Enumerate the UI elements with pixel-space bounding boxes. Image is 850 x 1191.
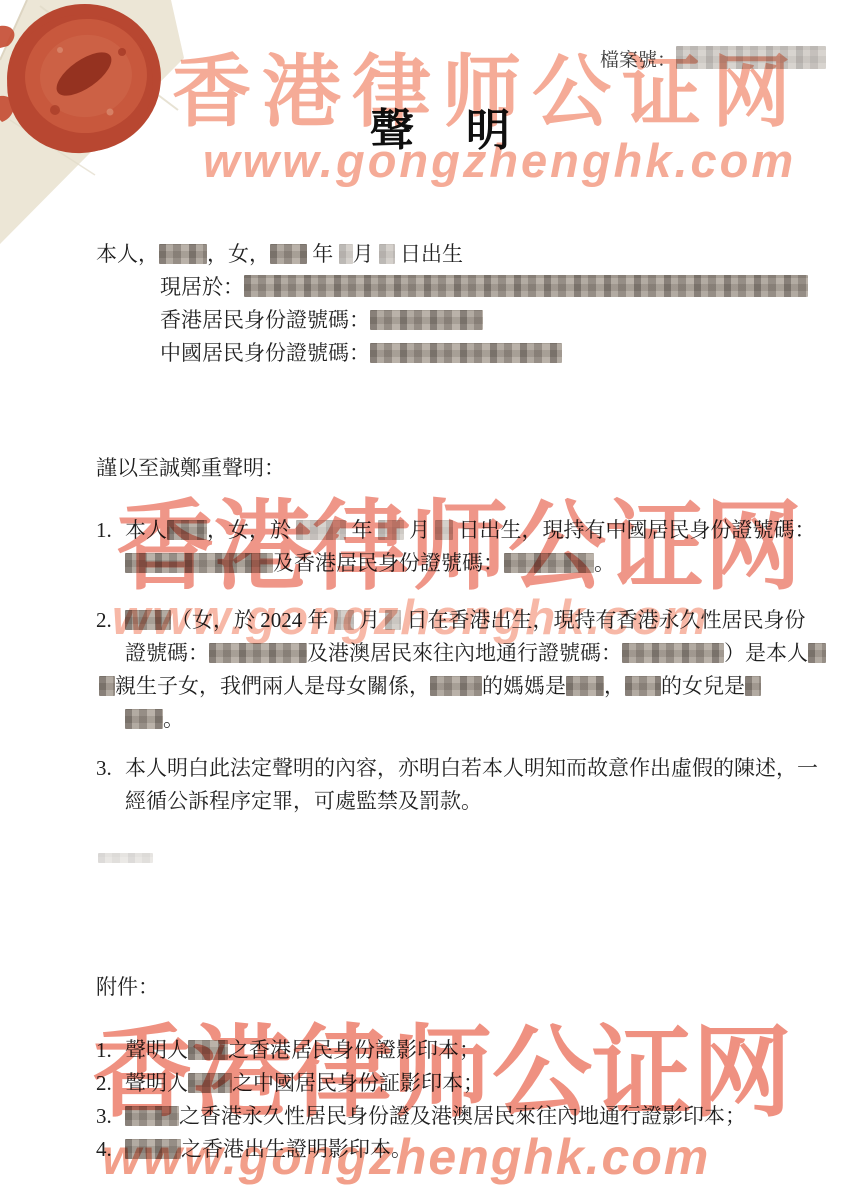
intro-paragraph: 本人，，女， 年 月 日出生 現居於： 香港居民身份證號碼： 中國居民身份證號碼…: [96, 238, 808, 370]
item-text: ）是本人: [724, 641, 808, 665]
redacted-name: [125, 709, 163, 729]
intro-text: 本人，: [96, 242, 159, 266]
attachments-label: 附件：: [96, 971, 159, 1004]
redacted-name: [625, 676, 661, 696]
redacted-char: [745, 676, 761, 696]
watermark-brand-top: 香港律师公证网: [172, 28, 802, 142]
item2-line-4: 。: [96, 703, 826, 736]
oath-line: 謹以至誠鄭重聲明：: [96, 452, 285, 485]
intro-text: 年: [307, 242, 339, 266]
intro-text: 月: [353, 242, 379, 266]
redacted-name: [159, 244, 207, 264]
watermark-brand-middle: 香港律师公证网: [116, 497, 802, 595]
intro-line-2: 現居於：: [96, 271, 808, 304]
item2-line-3: 親生子女，我們兩人是母女關係，的媽媽是，的女兒是: [96, 670, 826, 703]
item3-line-1: 3.本人明白此法定聲明的內容，亦明白若本人明知而故意作出虛假的陳述，一: [96, 752, 818, 785]
item-text: 。: [163, 707, 184, 731]
redacted-cn-id: [370, 343, 562, 363]
redacted-day: [379, 244, 395, 264]
watermark-url-bottom: www.gongzhenghk.com: [102, 1128, 710, 1186]
redacted-hk-permanent-id: [209, 643, 307, 663]
redacted-year: [270, 244, 307, 264]
watermark-url-top: www.gongzhenghk.com: [203, 133, 796, 188]
item-text: 的女兒是: [661, 674, 745, 698]
declaration-item-3: 3.本人明白此法定聲明的內容，亦明白若本人明知而故意作出虛假的陳述，一 經循公訴…: [96, 752, 818, 818]
redacted-name: [566, 676, 604, 696]
redacted-char: [808, 643, 826, 663]
intro-line-4: 中國居民身份證號碼：: [96, 337, 808, 370]
redacted-char: [99, 676, 115, 696]
intro-text: ，女，: [207, 242, 270, 266]
redacted-name: [430, 676, 482, 696]
watermark-brand-bottom: 香港律师公证网: [92, 1023, 792, 1123]
item-text: 本人明白此法定聲明的內容，亦明白若本人明知而故意作出虛假的陳述，一: [125, 756, 818, 780]
redacted-address: [244, 275, 808, 297]
item3-line-2: 經循公訴程序定罪，可處監禁及罰款。: [96, 785, 818, 818]
hk-id-label: 香港居民身份證號碼：: [160, 308, 370, 332]
redacted-travel-permit: [622, 643, 724, 663]
item-text: 親生子女，我們兩人是母女關係，: [115, 674, 430, 698]
item-number: 3.: [96, 752, 125, 785]
intro-text: 日出生: [395, 242, 463, 266]
redacted-hk-id: [370, 310, 483, 330]
watermark-url-middle: www.gongzhenghk.com: [112, 590, 709, 646]
intro-line-1: 本人，，女， 年 月 日出生: [96, 238, 808, 271]
declaration-document-page: 檔案號： 聲明 本人，，女， 年 月 日出生 現居於： 香港居民身份證號碼： 中…: [0, 0, 850, 1191]
address-label: 現居於：: [160, 275, 244, 299]
redacted-month: [339, 244, 353, 264]
item-text: ，: [604, 674, 625, 698]
item-text: 經循公訴程序定罪，可處監禁及罰款。: [125, 789, 482, 813]
item-text: 的媽媽是: [482, 674, 566, 698]
faint-redaction-mark: [98, 853, 153, 863]
cn-id-label: 中國居民身份證號碼：: [160, 341, 370, 365]
intro-line-3: 香港居民身份證號碼：: [96, 304, 808, 337]
